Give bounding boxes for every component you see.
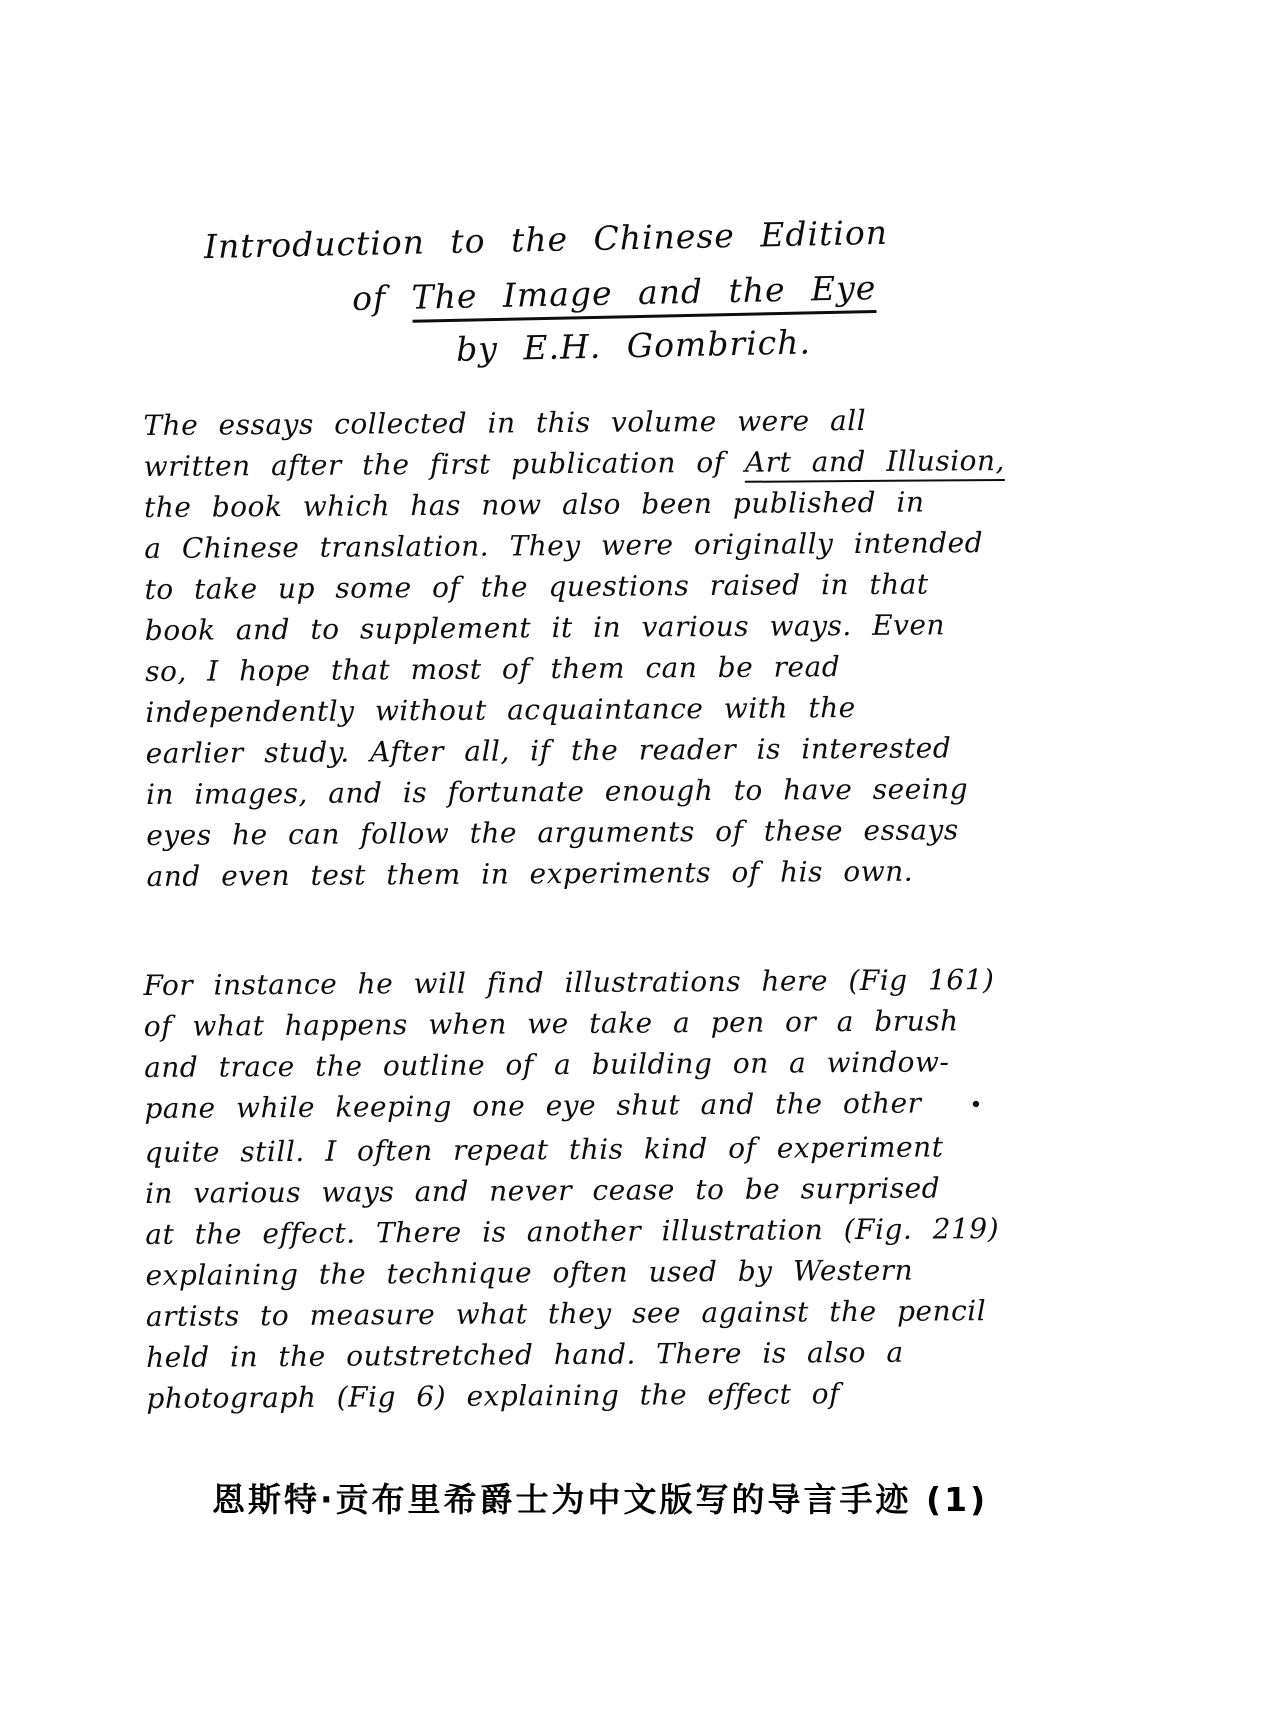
title-line-2: of The Image and the Eye: [352, 260, 1278, 318]
handwritten-line: held in the outstretched hand. There is …: [146, 1331, 1006, 1378]
handwritten-line: to take up some of the questions raised …: [144, 563, 1004, 610]
handwritten-line: and even test them in experiments of his…: [146, 850, 1006, 897]
manuscript-page: Introduction to the Chinese Edition of T…: [0, 0, 1278, 1711]
paragraph-1: The essays collected in this volume were…: [143, 399, 1006, 897]
line-text: pane while keeping one eye shut and the …: [144, 1087, 921, 1125]
handwritten-line: written after the first publication of A…: [144, 440, 1004, 487]
handwritten-line: quite still. I often repeat this kind of…: [145, 1126, 1005, 1173]
handwritten-line: explaining the technique often used by W…: [145, 1249, 1005, 1296]
title-line-3-author: by E.H. Gombrich.: [456, 313, 1278, 369]
title-block: Introduction to the Chinese Edition of T…: [0, 205, 1278, 379]
handwritten-line: artists to measure what they see against…: [146, 1290, 1006, 1337]
handwritten-line: a Chinese translation. They were origina…: [144, 522, 1004, 569]
handwritten-line: independently without acquaintance with …: [145, 686, 1005, 733]
handwritten-line: of what happens when we take a pen or a …: [144, 1000, 1004, 1047]
handwritten-line: book and to supplement it in various way…: [145, 604, 1005, 651]
title-line-2-prefix: of: [352, 278, 412, 318]
line-text: written after the first publication of: [144, 446, 745, 483]
handwritten-line: at the effect. There is another illustra…: [145, 1208, 1005, 1255]
handwritten-line: the book which has now also been publish…: [144, 481, 1004, 528]
book-title-underlined: The Image and the Eye: [411, 268, 877, 323]
handwritten-line: earlier study. After all, if the reader …: [146, 727, 1006, 774]
title-line-1: Introduction to the Chinese Edition: [204, 205, 1278, 266]
margin-dot-mark: •: [969, 1085, 983, 1126]
handwritten-line: so, I hope that most of them can be read: [145, 645, 1005, 692]
handwritten-line: The essays collected in this volume were…: [143, 399, 1003, 446]
handwritten-line: pane while keeping one eye shut and the …: [144, 1082, 1004, 1132]
book-reference-underlined: Art and Illusion,: [745, 444, 1005, 483]
chinese-caption: 恩斯特·贡布里希爵士为中文版写的导言手迹 (1): [212, 1474, 912, 1521]
handwritten-line: For instance he will find illustrations …: [143, 959, 1003, 1006]
handwritten-line: eyes he can follow the arguments of thes…: [146, 809, 1006, 856]
paragraph-2: For instance he will find illustrations …: [143, 959, 1006, 1419]
handwritten-line: in various ways and never cease to be su…: [145, 1167, 1005, 1214]
handwritten-line: in images, and is fortunate enough to ha…: [146, 768, 1006, 815]
handwritten-line: photograph (Fig 6) explaining the effect…: [146, 1372, 1006, 1419]
handwritten-line: and trace the outline of a building on a…: [144, 1041, 1004, 1088]
